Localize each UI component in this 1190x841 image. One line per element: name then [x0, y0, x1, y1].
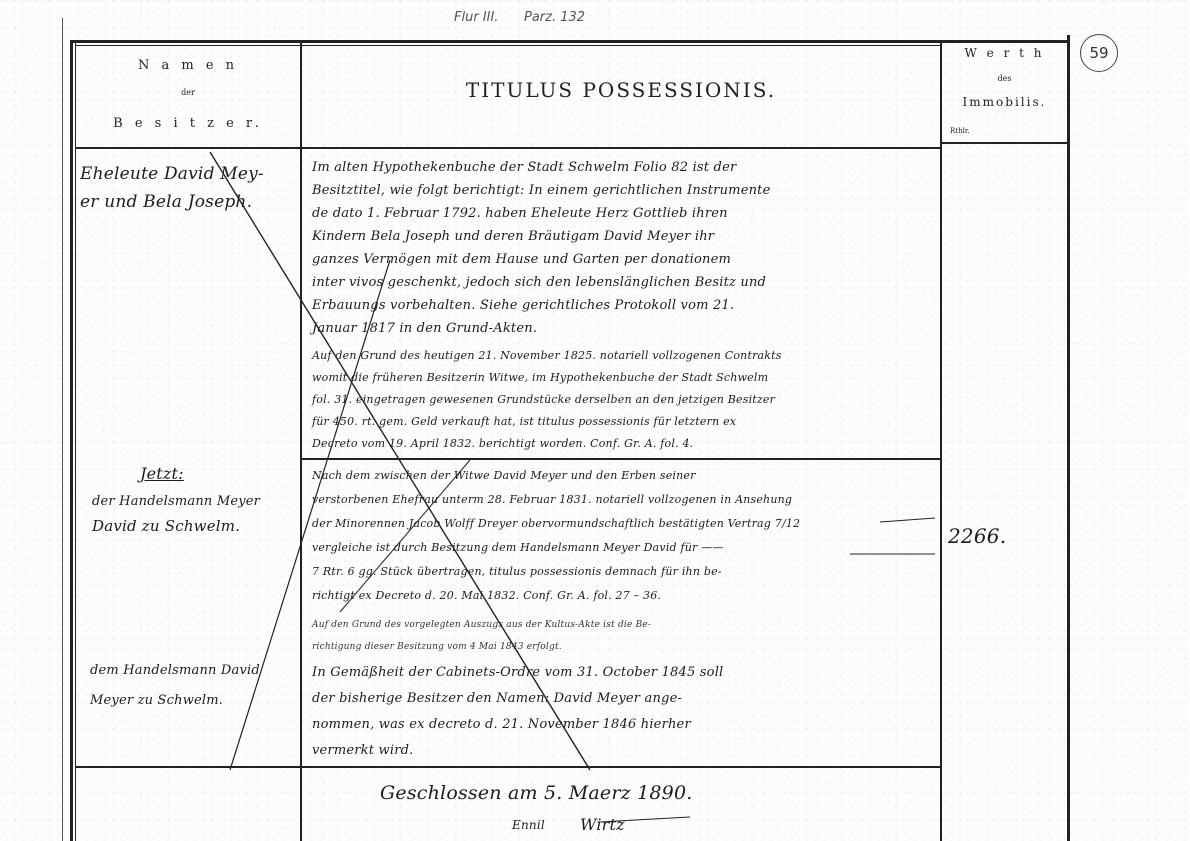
owner-entry-2-heading: Jetzt: [140, 464, 184, 483]
title-entry-4: In Gemäßheit der Cabinets-Ordre vom 31. … [312, 660, 723, 764]
parzelle-note: Parz. 132 [524, 10, 585, 25]
title-entry-1-line-6: inter vivos geschenkt, jedoch sich den l… [312, 271, 771, 294]
entry-divider [302, 458, 940, 460]
value-entry-2: 2266. [948, 524, 1006, 548]
margin-line-left [62, 18, 63, 841]
owner-entry-4: dem Handelsmann David Meyer zu Schwelm. [90, 656, 260, 716]
header-value-line2: des [942, 74, 1067, 83]
title-entry-2-line-2: verstorbenen Ehefrau unterm 28. Februar … [312, 488, 800, 512]
title-entry-1-line-8: Januar 1817 in den Grund-Akten. [312, 317, 771, 340]
owner-entry-1-line-2: er und Bela Joseph. [80, 188, 264, 216]
signature-right: Wirtz [580, 815, 625, 834]
header-names-line3: B e s i t z e r. [76, 116, 300, 131]
title-entry-4-line-4: vermerkt wird. [312, 738, 723, 764]
title-entry-1-line-12: für 450. rt. gem. Geld verkauft hat, ist… [312, 411, 782, 433]
title-entry-2-line-1: Nach dem zwischen der Witwe David Meyer … [312, 464, 800, 488]
title-entry-1-line-13: Decreto vom 19. April 1832. berichtigt w… [312, 433, 782, 455]
title-entry-1-line-3: de dato 1. Februar 1792. haben Eheleute … [312, 202, 771, 225]
header-names-line2: der [76, 88, 300, 97]
header-value-unit: Rthlr. [950, 127, 990, 135]
table-border-right [1067, 35, 1070, 841]
flur-note: Flur III. [454, 10, 498, 25]
title-entry-1-line-2: Besitztitel, wie folgt berichtigt: In ei… [312, 179, 771, 202]
header-bottom-rule [76, 147, 940, 149]
owner-entry-1-line-1: Eheleute David Mey- [80, 160, 264, 188]
title-entry-1-part-a: Im alten Hypothekenbuche der Stadt Schwe… [312, 156, 771, 340]
table-border-top [70, 40, 1070, 43]
note-entry-3-line-1: Auf den Grund des vorgelegten Auszugs au… [312, 614, 651, 636]
signature-left: Ennil [512, 818, 545, 832]
ledger-page: Flur III. Parz. 132 59 N a m e n der B e… [0, 0, 1190, 841]
title-entry-1-line-10: womit die früheren Besitzerin Witwe, im … [312, 367, 782, 389]
closing-line: Geschlossen am 5. Maerz 1890. [380, 782, 693, 804]
title-entry-1-line-7: Erbauungs vorbehalten. Siehe gerichtlich… [312, 294, 771, 317]
title-entry-2-line-6: richtigt ex Decreto d. 20. Mai 1832. Con… [312, 584, 800, 608]
table-border-left [70, 40, 73, 841]
table-border-left-inner [75, 42, 76, 841]
header-names-line1: N a m e n [76, 58, 300, 73]
table-border-top-inner [75, 45, 940, 46]
header-value-line1: W e r t h [942, 46, 1067, 60]
column-divider-names [300, 43, 302, 841]
page-number: 59 [1089, 44, 1108, 62]
title-entry-1-line-9: Auf den Grund des heutigen 21. November … [312, 345, 782, 367]
title-entry-1-line-11: fol. 31. eingetragen gewesenen Grundstüc… [312, 389, 782, 411]
title-entry-4-line-1: In Gemäßheit der Cabinets-Ordre vom 31. … [312, 660, 723, 686]
title-entry-1-line-5: ganzes Vermögen mit dem Hause und Garten… [312, 248, 771, 271]
note-entry-3-line-2: richtigung dieser Besitzung vom 4 Mai 18… [312, 636, 651, 658]
owner-entry-4-line-1: dem Handelsmann David [90, 656, 260, 686]
title-entry-1-line-4: Kindern Bela Joseph und deren Bräutigam … [312, 225, 771, 248]
owner-entry-1: Eheleute David Mey- er und Bela Joseph. [80, 160, 264, 216]
owner-entry-2: der Handelsmann Meyer David zu Schwelm. [92, 490, 260, 538]
closing-rule [76, 766, 940, 768]
title-entry-2: Nach dem zwischen der Witwe David Meyer … [312, 464, 800, 608]
note-entry-3: Auf den Grund des vorgelegten Auszugs au… [312, 614, 651, 658]
column-divider-value [940, 43, 942, 841]
title-entry-1-part-b: Auf den Grund des heutigen 21. November … [312, 345, 782, 455]
owner-entry-4-line-2: Meyer zu Schwelm. [90, 686, 260, 716]
header-title: TITULUS POSSESSIONIS. [302, 78, 940, 102]
title-entry-4-line-3: nommen, was ex decreto d. 21. November 1… [312, 712, 723, 738]
title-entry-2-line-4: vergleiche ist durch Besitzung dem Hande… [312, 536, 800, 560]
title-entry-2-line-3: der Minorennen Jacob Wolff Dreyer obervo… [312, 512, 800, 536]
title-entry-2-line-5: 7 Rtr. 6 gg. Stück übertragen, titulus p… [312, 560, 800, 584]
owner-entry-2-line-1: der Handelsmann Meyer [92, 490, 260, 514]
header-value-line3: Immobilis. [942, 95, 1067, 109]
value-header-rule [942, 142, 1067, 144]
owner-entry-2-line-2: David zu Schwelm. [92, 514, 260, 538]
page-number-circle: 59 [1080, 34, 1118, 72]
title-entry-4-line-2: der bisherige Besitzer den Namen: David … [312, 686, 723, 712]
title-entry-1-line-1: Im alten Hypothekenbuche der Stadt Schwe… [312, 156, 771, 179]
